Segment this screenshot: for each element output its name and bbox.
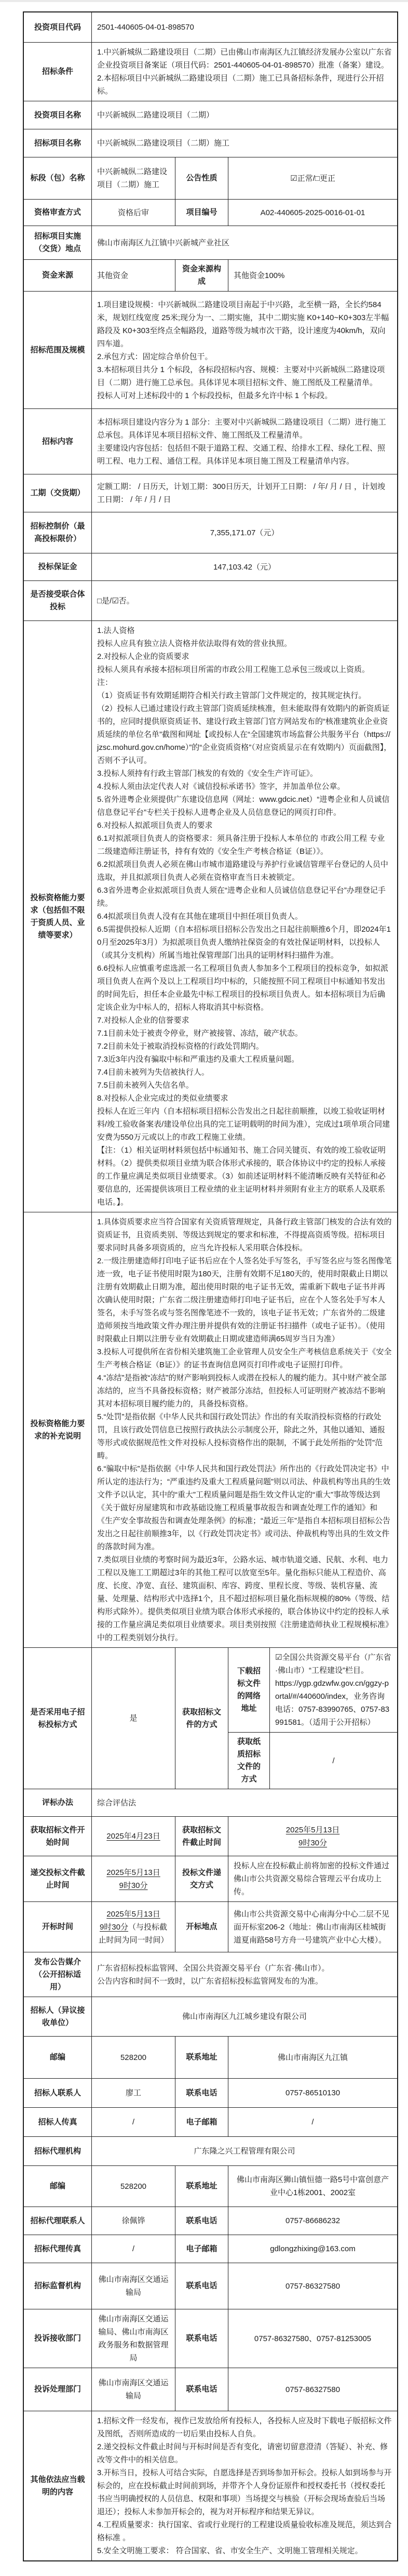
tenderer-phone-value: 0757-86510130 xyxy=(228,2079,397,2107)
row-supervision: 招标监督机构 佛山市南海区交通运输局 联系电话 0757-86327580 xyxy=(24,2263,397,2309)
complaint-receiving-phone-label: 联系电话 xyxy=(175,2309,228,2368)
submission-deadline-value: 2025年5月13日 9时30分 xyxy=(92,1856,175,1901)
section-name-value: 中兴新城纵二路建设项目（二期）施工 xyxy=(92,157,175,199)
submission-method-label: 投标文件递交方式 xyxy=(175,1856,228,1901)
tenderer-value: 佛山市南海区九江城乡建设有限公司 xyxy=(92,1997,397,2036)
tender-conditions-value: 1.中兴新城纵二路建设项目（二期）已由佛山市南海区九江镇经济发展办公室以广东省企… xyxy=(92,43,397,101)
project-number-label: 项目编号 xyxy=(175,200,228,226)
row-control-price: 招标控制价（最高投标限价） 7,355,171.07（元） xyxy=(24,512,397,553)
download-url-label: 下载招标文件的网络地址 xyxy=(228,1648,270,1733)
complaint-handling-phone-label: 联系电话 xyxy=(175,2368,228,2411)
tender-content-value: 本招标项目建设内容分为 1 部分：主要对中兴新城纵二路建设项目（二期）进行施工总… xyxy=(92,409,397,474)
agency-phone-value: 0757-86686232 xyxy=(228,2207,397,2235)
fund-composition-label: 资金来源构成 xyxy=(175,260,228,291)
complaint-handling-value: 佛山市南海区交通运输局 xyxy=(92,2368,175,2411)
opening-place-value: 佛山市公共资源交易中心南海分中心二层不见面开标室206-2（地址：佛山市南海区桂… xyxy=(228,1902,397,1952)
row-agency-postcode-address: 邮编 528200 联系地址 佛山市南海区狮山镇恒德一路5号中富创意产业中心1栋… xyxy=(24,2166,397,2207)
tenderer-phone-label: 联系电话 xyxy=(175,2079,228,2107)
obtain-deadline-value: 2025年5月13日 9时30分 xyxy=(228,1817,397,1856)
scope-scale-value: 1.项目建设规模：中兴新城纵二路建设项目南起于中兴路，北至横一路，全长约584米… xyxy=(92,292,397,408)
project-code-label: 投资项目代码 xyxy=(24,12,92,42)
row-duration: 工期（交货期） 定额工期： / 日历天，计划工期：300日历天，计划开工日期： … xyxy=(24,474,397,512)
other-contents-label: 其他依法应当载明的内容 xyxy=(24,2411,92,2560)
download-url-value: ☑全国公共资源交易平台（广东省·佛山市）“工程建设”栏目。 https://yg… xyxy=(270,1648,397,1733)
paper-documents-value: / xyxy=(270,1733,397,1789)
agency-postcode-label: 邮编 xyxy=(24,2166,92,2207)
agency-email-label: 电子邮箱 xyxy=(175,2235,228,2263)
delivery-place-label: 招标项目实施（交货）地点 xyxy=(24,226,92,259)
row-qualification-requirements: 投标资格能力要求（包括但不限于资质人员、业绩等要求） 1.法人资格 投标人应具有… xyxy=(24,621,397,1212)
agency-fax-value: / xyxy=(92,2235,175,2263)
row-agency-contact: 招标代理联系人 徐佩铧 联系电话 0757-86686232 xyxy=(24,2207,397,2235)
tenderer-label: 招标人（异议接收单位） xyxy=(24,1997,92,2036)
invest-project-name-label: 投资项目名称 xyxy=(24,101,92,129)
supervision-phone-label: 联系电话 xyxy=(175,2263,228,2309)
tender-project-name-label: 招标项目名称 xyxy=(24,129,92,157)
row-evaluation-method: 评标办法 综合评估法 xyxy=(24,1789,397,1817)
obtain-deadline-label: 获取招标文件截止时间 xyxy=(175,1817,228,1856)
agency-contact-label: 招标代理联系人 xyxy=(24,2207,92,2235)
row-announcement-media: 发布公告媒介（公开招标适用） 广东省招标投标监管网、全国公共资源交易平台（广东省… xyxy=(24,1952,397,1997)
supervision-phone-value: 0757-86327580 xyxy=(228,2263,397,2309)
row-qualification-review: 资格审查方式 资格后审 项目编号 A02-440605-2025-0016-01… xyxy=(24,200,397,226)
complaint-receiving-phone-value: 0757-86327580、0757-81253005 xyxy=(228,2309,397,2368)
electronic-bidding-value: 是 xyxy=(92,1648,175,1789)
qualification-requirements-label: 投标资格能力要求（包括但不限于资质人员、业绩等要求） xyxy=(24,621,92,1212)
tenderer-address-label: 联系地址 xyxy=(175,2037,228,2078)
row-tenderer-postcode-address: 邮编 528200 联系地址 佛山市南海区九江镇 xyxy=(24,2037,397,2079)
row-tender-project-name: 招标项目名称 中兴新城纵二路建设项目（二期）施工 xyxy=(24,129,397,157)
tender-project-name-value: 中兴新城纵二路建设项目（二期）施工 xyxy=(92,129,397,157)
tenderer-fax-label: 招标人传真 xyxy=(24,2108,92,2136)
tenderer-address-value: 佛山市南海区九江镇 xyxy=(228,2037,397,2078)
bid-bond-value: 147,103.42（元） xyxy=(92,553,397,580)
other-contents-value: 1.招标文件一经发布，视作已发放给所有投标人，各投标人应及时下载电子版招标文件及… xyxy=(92,2411,397,2560)
notice-nature-label: 公告性质 xyxy=(175,157,228,199)
row-invest-project-name: 投资项目名称 中兴新城纵二路建设项目（二期） xyxy=(24,101,397,129)
announcement-media-label: 发布公告媒介（公开招标适用） xyxy=(24,1952,92,1997)
complaint-receiving-value: 佛山市南海区交通运输局、佛山市南海区政务服务和数据管理局 xyxy=(92,2309,175,2368)
qualification-review-label: 资格审查方式 xyxy=(24,200,92,226)
row-other-contents: 其他依法应当载明的内容 1.招标文件一经发布，视作已发放给所有投标人，各投标人应… xyxy=(24,2411,397,2560)
row-tenderer-contact: 招标人联系人 廖工 联系电话 0757-86510130 xyxy=(24,2079,397,2108)
agency-contact-value: 徐佩铧 xyxy=(92,2207,175,2235)
duration-value: 定额工期： / 日历天，计划工期：300日历天，计划开工日期： / 年/ 月 /… xyxy=(92,474,397,512)
agency-label: 招标代理机构 xyxy=(24,2137,92,2165)
row-obtain-times: 获取招标文件开始时间 2025年4月23日 获取招标文件截止时间 2025年5月… xyxy=(24,1817,397,1856)
tenderer-contact-value: 廖工 xyxy=(92,2079,175,2107)
section-name-label: 标段（包）名称 xyxy=(24,157,92,199)
tenderer-contact-label: 招标人联系人 xyxy=(24,2079,92,2107)
submission-method-value: 投标人应在投标截止前将加密的投标文件通过佛山市公共资源交易综合管理云平台成功上传… xyxy=(228,1856,397,1901)
tenderer-postcode-value: 528200 xyxy=(92,2037,175,2078)
delivery-place-value: 佛山市南海区九江镇中兴新城产业社区 xyxy=(92,226,397,259)
qualification-requirements-value: 1.法人资格 投标人应具有独立法人资格并依法取得有效的营业执照。 2.对投标人企… xyxy=(92,621,397,1212)
row-tenderer: 招标人（异议接收单位） 佛山市南海区九江城乡建设有限公司 xyxy=(24,1997,397,2037)
invest-project-name-value: 中兴新城纵二路建设项目（二期） xyxy=(92,101,397,129)
row-agency-fax-email: 招标代理传真 / 电子邮箱 gdlongzhixing@163.com xyxy=(24,2235,397,2263)
complaint-receiving-label: 投诉接收部门 xyxy=(24,2309,92,2368)
tenderer-email-label: 电子邮箱 xyxy=(175,2108,228,2136)
submission-deadline-label: 递交投标文件截止时间 xyxy=(24,1856,92,1901)
row-bid-bond: 投标保证金 147,103.42（元） xyxy=(24,553,397,581)
tenderer-email-value: / xyxy=(228,2108,397,2136)
row-consortium: 是否接受联合体投标 □是/☑否。 xyxy=(24,581,397,621)
consortium-label: 是否接受联合体投标 xyxy=(24,581,92,620)
electronic-bidding-label: 是否采用电子招标投标方式 xyxy=(24,1648,92,1789)
tender-content-label: 招标内容 xyxy=(24,409,92,474)
fund-composition-value: 其他资金100% xyxy=(228,260,397,291)
obtain-documents-label: 获取招标文件的方式 xyxy=(175,1648,228,1789)
agency-email-value: gdlongzhixing@163.com xyxy=(228,2235,397,2263)
opening-time-value: 2025年5月13日 9时30分（与投标截止时间为同一时间） xyxy=(92,1902,175,1952)
agency-fax-label: 招标代理传真 xyxy=(24,2235,92,2263)
consortium-value: □是/☑否。 xyxy=(92,581,397,620)
row-tender-content: 招标内容 本招标项目建设内容分为 1 部分：主要对中兴新城纵二路建设项目（二期）… xyxy=(24,409,397,474)
agency-value: 广东隆之兴工程管理有限公司 xyxy=(92,2137,397,2165)
control-price-label: 招标控制价（最高投标限价） xyxy=(24,512,92,553)
notice-nature-value: ☑正常/□更正 xyxy=(228,157,397,199)
fund-source-label: 资金来源 xyxy=(24,260,92,291)
row-agency: 招标代理机构 广东隆之兴工程管理有限公司 xyxy=(24,2137,397,2166)
qualification-supplement-value: 1.具体资质要求应当符合国家有关资质管理规定，具备行政主管部门核发的合法有效的资… xyxy=(92,1212,397,1647)
row-complaint-receiving: 投诉接收部门 佛山市南海区交通运输局、佛山市南海区政务服务和数据管理局 联系电话… xyxy=(24,2309,397,2368)
qualification-review-value: 资格后审 xyxy=(92,200,175,226)
row-qualification-supplement: 投标资格能力要求的补充说明 1.具体资质要求应当符合国家有关资质管理规定，具备行… xyxy=(24,1212,397,1648)
row-complaint-handling: 投诉处理部门 佛山市南海区交通运输局 联系电话 0757-86327580 xyxy=(24,2368,397,2411)
evaluation-method-value: 综合评估法 xyxy=(92,1789,397,1816)
announcement-media-value: 广东省招标投标监管网、全国公共资源交易平台（广东省·佛山市）。 公告内容和时间不… xyxy=(92,1952,397,1997)
obtain-start-value: 2025年4月23日 xyxy=(92,1817,175,1856)
complaint-handling-label: 投诉处理部门 xyxy=(24,2368,92,2411)
project-code-value: 2501-440605-04-01-898570 xyxy=(92,12,397,42)
complaint-handling-phone-value: 0757-86327580 xyxy=(228,2368,397,2411)
tender-announcement-table: 投资项目代码 2501-440605-04-01-898570 招标条件 1.中… xyxy=(23,11,398,2561)
obtain-start-label: 获取招标文件开始时间 xyxy=(24,1817,92,1856)
opening-place-label: 开标地点 xyxy=(175,1902,228,1952)
page-top-strip xyxy=(0,0,408,2)
scope-scale-label: 招标范围及规模 xyxy=(24,292,92,408)
opening-time-label: 开标时间 xyxy=(24,1902,92,1952)
control-price-value: 7,355,171.07（元） xyxy=(92,512,397,553)
paper-documents-label: 获取纸质招标文件的方式 xyxy=(228,1733,270,1789)
project-number-value: A02-440605-2025-0016-01-01 xyxy=(228,200,397,226)
row-section-name: 标段（包）名称 中兴新城纵二路建设项目（二期）施工 公告性质 ☑正常/□更正 xyxy=(24,157,397,200)
row-tenderer-fax-email: 招标人传真 / 电子邮箱 / xyxy=(24,2108,397,2137)
row-delivery-place: 招标项目实施（交货）地点 佛山市南海区九江镇中兴新城产业社区 xyxy=(24,226,397,260)
row-project-code: 投资项目代码 2501-440605-04-01-898570 xyxy=(24,12,397,43)
tender-conditions-label: 招标条件 xyxy=(24,43,92,101)
row-opening: 开标时间 2025年5月13日 9时30分（与投标截止时间为同一时间） 开标地点… xyxy=(24,1902,397,1952)
supervision-value: 佛山市南海区交通运输局 xyxy=(92,2263,175,2309)
supervision-label: 招标监督机构 xyxy=(24,2263,92,2309)
row-tender-conditions: 招标条件 1.中兴新城纵二路建设项目（二期）已由佛山市南海区九江镇经济发展办公室… xyxy=(24,43,397,101)
row-submission: 递交投标文件截止时间 2025年5月13日 9时30分 投标文件递交方式 投标人… xyxy=(24,1856,397,1902)
fund-source-value: 其他资金 xyxy=(92,260,175,291)
evaluation-method-label: 评标办法 xyxy=(24,1789,92,1816)
agency-address-label: 联系地址 xyxy=(175,2166,228,2207)
bid-bond-label: 投标保证金 xyxy=(24,553,92,580)
agency-address-value: 佛山市南海区狮山镇恒德一路5号中富创意产业中心1栋2001、2002室 xyxy=(228,2166,397,2207)
row-fund-source: 资金来源 其他资金 资金来源构成 其他资金100% xyxy=(24,260,397,292)
tenderer-postcode-label: 邮编 xyxy=(24,2037,92,2078)
row-electronic-bidding-obtain-documents: 是否采用电子招标投标方式 是 获取招标文件的方式 下载招标文件的网络地址 ☑全国… xyxy=(24,1648,397,1789)
row-scope-scale: 招标范围及规模 1.项目建设规模：中兴新城纵二路建设项目南起于中兴路，北至横一路… xyxy=(24,292,397,409)
duration-label: 工期（交货期） xyxy=(24,474,92,512)
agency-postcode-value: 528200 xyxy=(92,2166,175,2207)
tenderer-fax-value: / xyxy=(92,2108,175,2136)
qualification-supplement-label: 投标资格能力要求的补充说明 xyxy=(24,1212,92,1647)
agency-phone-label: 联系电话 xyxy=(175,2207,228,2235)
